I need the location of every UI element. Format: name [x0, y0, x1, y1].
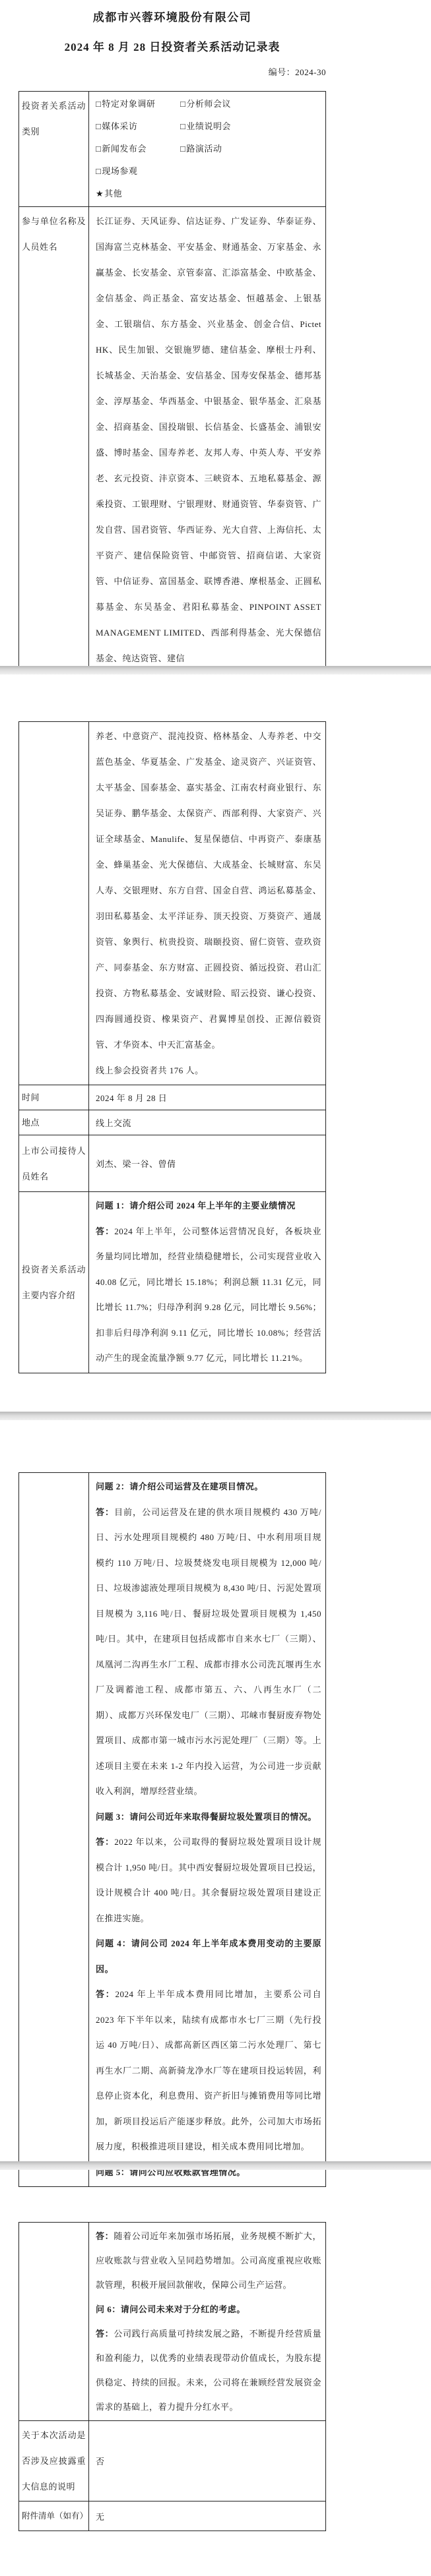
answer-3: 答：2022 年以来，公司取得的餐厨垃圾处置项目设计规模合计 1,950 吨/日… [96, 1830, 321, 1931]
page-break-1 [0, 666, 431, 674]
answer-6-text: 公司践行高质量可持续发展之路，不断提升经营质量和盈利能力，以优秀的业绩表现带动价… [96, 2329, 321, 2412]
answer-1-text: 2024 年上半年，公司整体运营情况良好，各板块业务量均同比增加，经营业绩稳健增… [96, 1226, 321, 1363]
participants-row: 参与单位名称及人员姓名 长江证券、天风证券、信达证券、广发证券、华泰证券、国海富… [19, 206, 325, 673]
question-2: 问题 2：请介绍公司运营及在建项目情况。 [96, 1474, 321, 1500]
qa-continued-row: 问题 2：请介绍公司运营及在建项目情况。 答：目前，公司运营及在建的供水项目规模… [19, 1473, 325, 2186]
participants-text: 长江证券、天风证券、信达证券、广发证券、华泰证券、国海富兰克林基金、平安基金、财… [89, 207, 325, 673]
checkbox-option: □分析师会议 [180, 93, 321, 115]
option-label: 媒体采访 [102, 121, 137, 131]
record-table-page2: 养老、中意资产、混沌投资、格林基金、人寿养老、中交蓝色基金、华夏基金、广发基金、… [18, 721, 326, 1373]
content-intro-label: 投资者关系活动主要内容介绍 [22, 1257, 86, 1308]
hosts-value: 刘杰、梁一谷、曾倩 [89, 1135, 325, 1191]
checkbox-icon: □ [180, 99, 185, 109]
answer-prefix: 答： [96, 1507, 114, 1517]
checkbox-option: □现场参观 [96, 160, 180, 183]
option-label: 现场参观 [102, 166, 137, 176]
attachments-row: 附件清单（如有） 无 [19, 2501, 325, 2531]
page-break-2 [0, 1412, 431, 1420]
answer-prefix: 答： [96, 2231, 114, 2241]
activity-options-grid: □特定对象调研 □分析师会议 □媒体采访 □业绩说明会 □新闻发布会 □路演活动… [96, 93, 321, 205]
activity-options: □特定对象调研 □分析师会议 □媒体采访 □业绩说明会 □新闻发布会 □路演活动… [89, 92, 325, 206]
question-3: 问题 3：请问公司近年来取得餐厨垃圾处置项目的情况。 [96, 1805, 321, 1830]
checkbox-option: □路演活动 [180, 138, 321, 160]
document-header: 成都市兴蓉环境股份有限公司 2024 年 8 月 28 日投资者关系活动记录表 … [18, 0, 326, 79]
activity-type-row: 投资者关系活动类别 □特定对象调研 □分析师会议 □媒体采访 □业绩说明会 □新… [19, 92, 325, 206]
location-label: 地点 [22, 1110, 86, 1135]
activity-type-label: 投资者关系活动类别 [22, 93, 86, 144]
content-intro-row: 投资者关系活动主要内容介绍 问题 1：请介绍公司 2024 年上半年的主要业绩情… [19, 1191, 325, 1373]
label-location: 地点 [19, 1110, 89, 1135]
location-value: 线上交流 [89, 1110, 325, 1135]
hosts-label: 上市公司接待人员姓名 [22, 1138, 86, 1189]
qa-content-q2-q5: 问题 2：请介绍公司运营及在建项目情况。 答：目前，公司运营及在建的供水项目规模… [89, 1473, 325, 2186]
attachments-value: 无 [89, 2501, 325, 2531]
option-spacer [180, 160, 321, 183]
label-participants: 参与单位名称及人员姓名 [19, 207, 89, 673]
disclosure-value: 否 [89, 2421, 325, 2501]
qa-content-a5-q6: 答：随着公司近年来加强市场拓展，业务规模不断扩大，应收账款与营业收入呈同趋势增加… [89, 2223, 325, 2420]
answer-2: 答：目前，公司运营及在建的供水项目规模约 430 万吨/日、污水处理项目规模约 … [96, 1500, 321, 1805]
checkbox-icon: □ [96, 121, 101, 131]
option-label: 分析师会议 [186, 99, 231, 109]
qa-final-row: 答：随着公司近年来加强市场拓展，业务规模不断扩大，应收账款与营业收入呈同趋势增加… [19, 2223, 325, 2420]
label-empty [19, 1473, 89, 2186]
participants-continued-row: 养老、中意资产、混沌投资、格林基金、人寿养老、中交蓝色基金、华夏基金、广发基金、… [19, 722, 325, 1085]
checkbox-option-other: ★其他 [96, 183, 180, 205]
record-title: 2024 年 8 月 28 日投资者关系活动记录表 [18, 38, 326, 57]
label-empty [19, 2223, 89, 2420]
doc-number: 编号：2024-30 [18, 66, 326, 79]
option-label: 新闻发布会 [102, 144, 147, 154]
answer-prefix: 答： [96, 1226, 114, 1236]
answer-1: 答：2024 年上半年，公司整体运营情况良好，各板块业务量均同比增加，经营业绩稳… [96, 1219, 321, 1371]
star-icon: ★ [96, 189, 104, 198]
label-time: 时间 [19, 1085, 89, 1110]
answer-prefix: 答： [96, 2329, 114, 2339]
question-6: 问 6：请问公司未来对于分红的考虑。 [96, 2297, 321, 2321]
label-disclosure: 关于本次活动是否涉及应披露重大信息的说明 [19, 2421, 89, 2501]
answer-5: 答：随着公司近年来加强市场拓展，业务规模不断扩大，应收账款与营业收入呈同趋势增加… [96, 2224, 321, 2297]
checkbox-icon: □ [180, 121, 185, 131]
answer-6: 答：公司践行高质量可持续发展之路，不断提升经营质量和盈利能力，以优秀的业绩表现带… [96, 2321, 321, 2419]
disclosure-label: 关于本次活动是否涉及应披露重大信息的说明 [22, 2422, 86, 2500]
attachments-label: 附件清单（如有） [22, 2503, 86, 2529]
checkbox-option: □媒体采访 [96, 115, 180, 138]
participants-count-note: 线上参会投资者共 176 人。 [96, 1058, 321, 1083]
option-label: 业绩说明会 [186, 121, 231, 131]
checkbox-icon: □ [96, 144, 101, 154]
disclosure-row: 关于本次活动是否涉及应披露重大信息的说明 否 [19, 2420, 325, 2501]
page-break-3 [0, 2161, 431, 2170]
time-value: 2024 年 8 月 28 日 [89, 1085, 325, 1110]
time-label: 时间 [22, 1085, 86, 1110]
hosts-row: 上市公司接待人员姓名 刘杰、梁一谷、曾倩 [19, 1135, 325, 1191]
option-label: 其他 [104, 189, 122, 198]
participants-continued-text: 养老、中意资产、混沌投资、格林基金、人寿养老、中交蓝色基金、华夏基金、广发基金、… [89, 722, 325, 1085]
checkbox-icon: □ [96, 166, 101, 176]
label-activity-type: 投资者关系活动类别 [19, 92, 89, 206]
label-content-intro: 投资者关系活动主要内容介绍 [19, 1192, 89, 1373]
checkbox-icon: □ [96, 99, 101, 109]
participants-paragraph: 长江证券、天风证券、信达证券、广发证券、华泰证券、国海富兰克林基金、平安基金、财… [96, 208, 321, 671]
checkbox-option: □业绩说明会 [180, 115, 321, 138]
answer-prefix: 答： [96, 1837, 114, 1847]
question-4: 问题 4：请问公司 2024 年上半年成本费用变动的主要原因。 [96, 1931, 321, 1982]
answer-4-text: 2024 年上半年成本费用同比增加，主要系公司自 2023 年下半年以来，陆续有… [96, 1989, 321, 2151]
answer-3-text: 2022 年以来，公司取得的餐厨垃圾处置项目设计规模合计 1,950 吨/日。其… [96, 1837, 321, 1923]
record-table-page3: 问题 2：请介绍公司运营及在建项目情况。 答：目前，公司运营及在建的供水项目规模… [18, 1472, 326, 2187]
question-1: 问题 1：请介绍公司 2024 年上半年的主要业绩情况 [96, 1193, 321, 1219]
record-table-page4: 答：随着公司近年来加强市场拓展，业务规模不断扩大，应收账款与营业收入呈同趋势增加… [18, 2222, 326, 2531]
label-empty [19, 722, 89, 1085]
checkbox-option: □新闻发布会 [96, 138, 180, 160]
checkbox-option: □特定对象调研 [96, 93, 180, 115]
label-attachments: 附件清单（如有） [19, 2501, 89, 2531]
time-row: 时间 2024 年 8 月 28 日 [19, 1085, 325, 1110]
label-hosts: 上市公司接待人员姓名 [19, 1135, 89, 1191]
location-row: 地点 线上交流 [19, 1110, 325, 1135]
document-page: 成都市兴蓉环境股份有限公司 2024 年 8 月 28 日投资者关系活动记录表 … [0, 0, 431, 2576]
option-label: 特定对象调研 [102, 99, 155, 109]
qa-content-q1: 问题 1：请介绍公司 2024 年上半年的主要业绩情况 答：2024 年上半年，… [89, 1192, 325, 1373]
answer-5-text: 随着公司近年来加强市场拓展，业务规模不断扩大，应收账款与营业收入呈同趋势增加。公… [96, 2231, 321, 2290]
answer-2-text: 目前，公司运营及在建的供水项目规模约 430 万吨/日、污水处理项目规模约 48… [96, 1507, 321, 1797]
checkbox-icon: □ [180, 144, 185, 154]
option-label: 路演活动 [186, 144, 222, 154]
company-title: 成都市兴蓉环境股份有限公司 [18, 8, 326, 28]
answer-prefix: 答： [96, 1989, 116, 1999]
participants-label: 参与单位名称及人员姓名 [22, 208, 86, 260]
record-table-page1: 投资者关系活动类别 □特定对象调研 □分析师会议 □媒体采访 □业绩说明会 □新… [18, 91, 326, 673]
answer-4: 答：2024 年上半年成本费用同比增加，主要系公司自 2023 年下半年以来，陆… [96, 1982, 321, 2160]
participants-continued-paragraph: 养老、中意资产、混沌投资、格林基金、人寿养老、中交蓝色基金、华夏基金、广发基金、… [96, 723, 321, 1058]
